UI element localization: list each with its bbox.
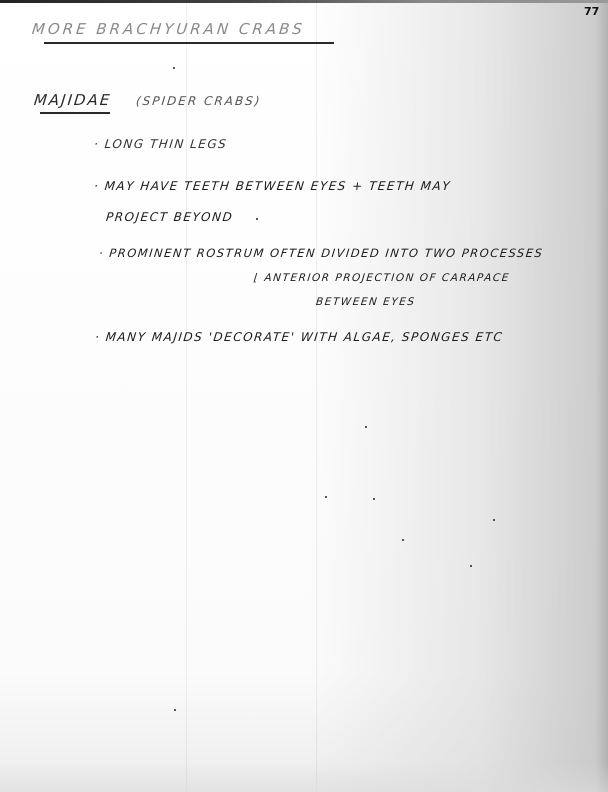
bullet-item: · Long thin legs bbox=[93, 137, 228, 151]
scan-speck bbox=[493, 519, 495, 521]
bullet-item: · Prominent rostrum often divided into t… bbox=[98, 246, 544, 260]
heading-underline bbox=[40, 112, 110, 114]
fold-line bbox=[186, 0, 187, 792]
scan-speck bbox=[174, 709, 176, 711]
scan-top-edge bbox=[0, 0, 608, 3]
scan-speck bbox=[256, 218, 258, 220]
bullet-sub-note: ⌊ Anterior projection of carapace bbox=[253, 272, 510, 284]
scan-speck bbox=[402, 539, 404, 541]
section-heading: Majidae (Spider Crabs) bbox=[33, 91, 263, 109]
scan-speck bbox=[325, 496, 327, 498]
bullet-continuation: project beyond bbox=[105, 210, 234, 224]
bullet-item: · May have teeth between eyes + teeth ma… bbox=[93, 179, 452, 193]
page-number: 77 bbox=[584, 5, 599, 18]
scanned-page: 77 More Brachyuran Crabs Majidae (Spider… bbox=[0, 0, 608, 792]
scan-speck bbox=[373, 498, 375, 500]
section-heading-note: (Spider Crabs) bbox=[135, 94, 262, 108]
page-title: More Brachyuran Crabs bbox=[31, 20, 306, 38]
title-underline bbox=[44, 42, 334, 44]
fold-line bbox=[316, 0, 317, 792]
bullet-sub-note: between eyes bbox=[315, 296, 416, 308]
scan-bottom-shadow bbox=[0, 762, 608, 792]
bullet-item: · Many majids 'decorate' with algae, spo… bbox=[94, 330, 504, 344]
scan-speck bbox=[470, 565, 472, 567]
scan-speck bbox=[173, 67, 175, 69]
section-heading-name: Majidae bbox=[33, 91, 112, 109]
scan-speck bbox=[365, 426, 367, 428]
